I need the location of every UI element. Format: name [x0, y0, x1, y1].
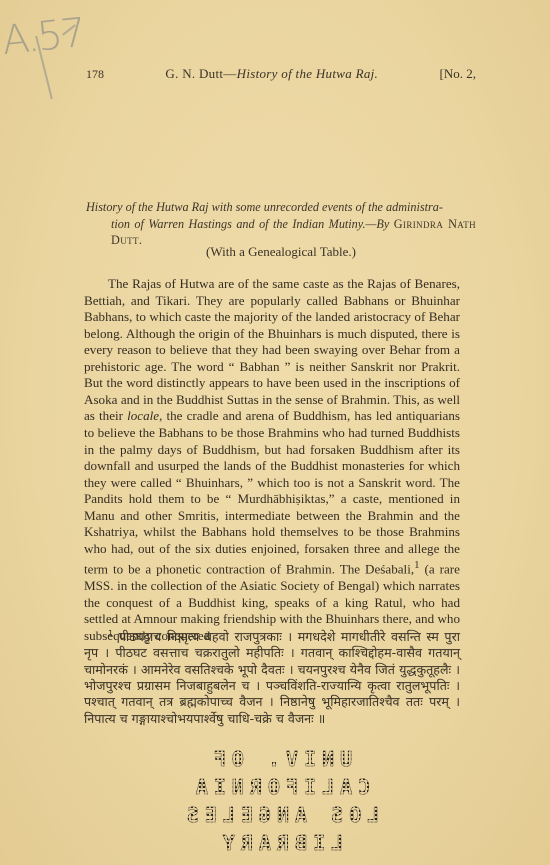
stamp-line-3: LIBRARY [130, 829, 430, 857]
body-paragraph: The Rajas of Hutwa are of the same caste… [84, 276, 460, 644]
footnote-sanskrit-text: पीठघट्टाच निःसृत्य बहवो राजपुत्रकाः । मग… [84, 629, 460, 726]
stamp-line-2: LOS ANGELES [130, 801, 430, 829]
article-subtitle: (With a Genealogical Table.) [86, 244, 476, 260]
library-perforation-stamp: UNIV. OF CALIFORNIA LOS ANGELES LIBRARY [130, 745, 430, 857]
footnote: 1 पीठघट्टाच निःसृत्य बहवो राजपुत्रकाः । … [84, 626, 460, 728]
running-head: 178 G. N. Dutt—History of the Hutwa Raj.… [86, 66, 476, 82]
running-author: G. N. Dutt— [165, 66, 236, 81]
article-title: History of the Hutwa Raj with some unrec… [86, 199, 476, 249]
document-page: A.57 178 G. N. Dutt—History of the Hutwa… [0, 0, 550, 865]
paragraph-italic-word: locale [127, 408, 159, 423]
article-title-line1: History of the Hutwa Raj with some unrec… [86, 200, 443, 214]
pencil-annotation: A.57 [0, 10, 86, 64]
paragraph-text-part2: , the cradle and arena of Buddhism, has … [84, 408, 460, 576]
paragraph-text-part1: The Rajas of Hutwa are of the same caste… [84, 276, 460, 423]
running-title: G. N. Dutt—History of the Hutwa Raj. [165, 66, 378, 82]
running-title-italic: History of the Hutwa Raj. [237, 66, 378, 81]
issue-number: [No. 2, [440, 66, 476, 82]
article-title-line2: tion of Warren Hastings and of the India… [111, 217, 394, 231]
stamp-line-1: UNIV. OF CALIFORNIA [130, 745, 430, 801]
footnote-marker: 1 [108, 629, 113, 638]
page-number: 178 [86, 67, 104, 82]
